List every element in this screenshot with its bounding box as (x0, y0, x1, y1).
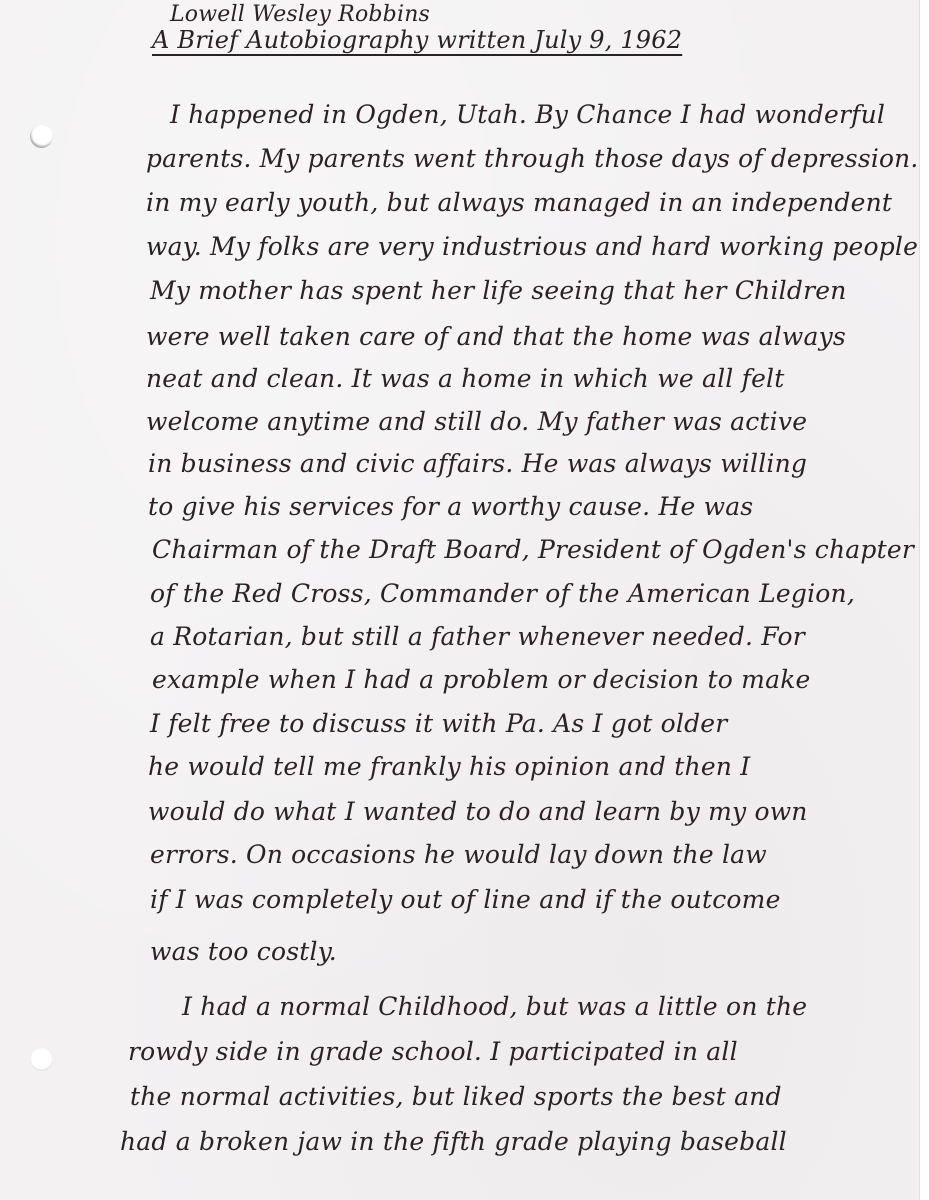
handwritten-line: I had a normal Childhood, but was a litt… (182, 992, 807, 1021)
handwritten-line: a Rotarian, but still a father whenever … (150, 622, 805, 651)
binder-hole-top (30, 125, 53, 148)
handwritten-page: Lowell Wesley Robbins A Brief Autobiogra… (0, 0, 920, 1200)
handwritten-line: errors. On occasions he would lay down t… (150, 840, 767, 869)
author-name: Lowell Wesley Robbins (170, 2, 430, 27)
handwritten-line: if I was completely out of line and if t… (150, 885, 781, 914)
handwritten-line: in business and civic affairs. He was al… (148, 449, 807, 478)
handwritten-line: had a broken jaw in the fifth grade play… (120, 1127, 787, 1156)
handwritten-line: parents. My parents went through those d… (146, 144, 918, 173)
handwritten-line: in my early youth, but always managed in… (146, 188, 892, 217)
handwritten-line: I felt free to discuss it with Pa. As I … (150, 709, 727, 738)
handwritten-line: I happened in Ogden, Utah. By Chance I h… (170, 100, 885, 129)
handwritten-line: Chairman of the Draft Board, President o… (152, 535, 914, 564)
handwritten-line: way. My folks are very industrious and h… (146, 232, 918, 261)
handwritten-line: neat and clean. It was a home in which w… (146, 364, 785, 393)
handwritten-line: the normal activities, but liked sports … (130, 1082, 782, 1111)
document-title: A Brief Autobiography written July 9, 19… (152, 26, 682, 54)
handwritten-line: My mother has spent her life seeing that… (150, 276, 847, 305)
handwritten-line: to give his services for a worthy cause.… (148, 492, 753, 521)
handwritten-line: rowdy side in grade school. I participat… (128, 1037, 738, 1066)
handwritten-line: were well taken care of and that the hom… (146, 322, 846, 351)
handwritten-line: welcome anytime and still do. My father … (146, 407, 807, 436)
handwritten-line: would do what I wanted to do and learn b… (148, 797, 808, 826)
handwritten-line: was too costly. (150, 937, 337, 966)
handwritten-line: he would tell me frankly his opinion and… (148, 752, 750, 781)
handwritten-line: of the Red Cross, Commander of the Ameri… (150, 579, 855, 608)
handwritten-line: example when I had a problem or decision… (152, 665, 811, 694)
binder-hole-bottom (30, 1048, 53, 1071)
